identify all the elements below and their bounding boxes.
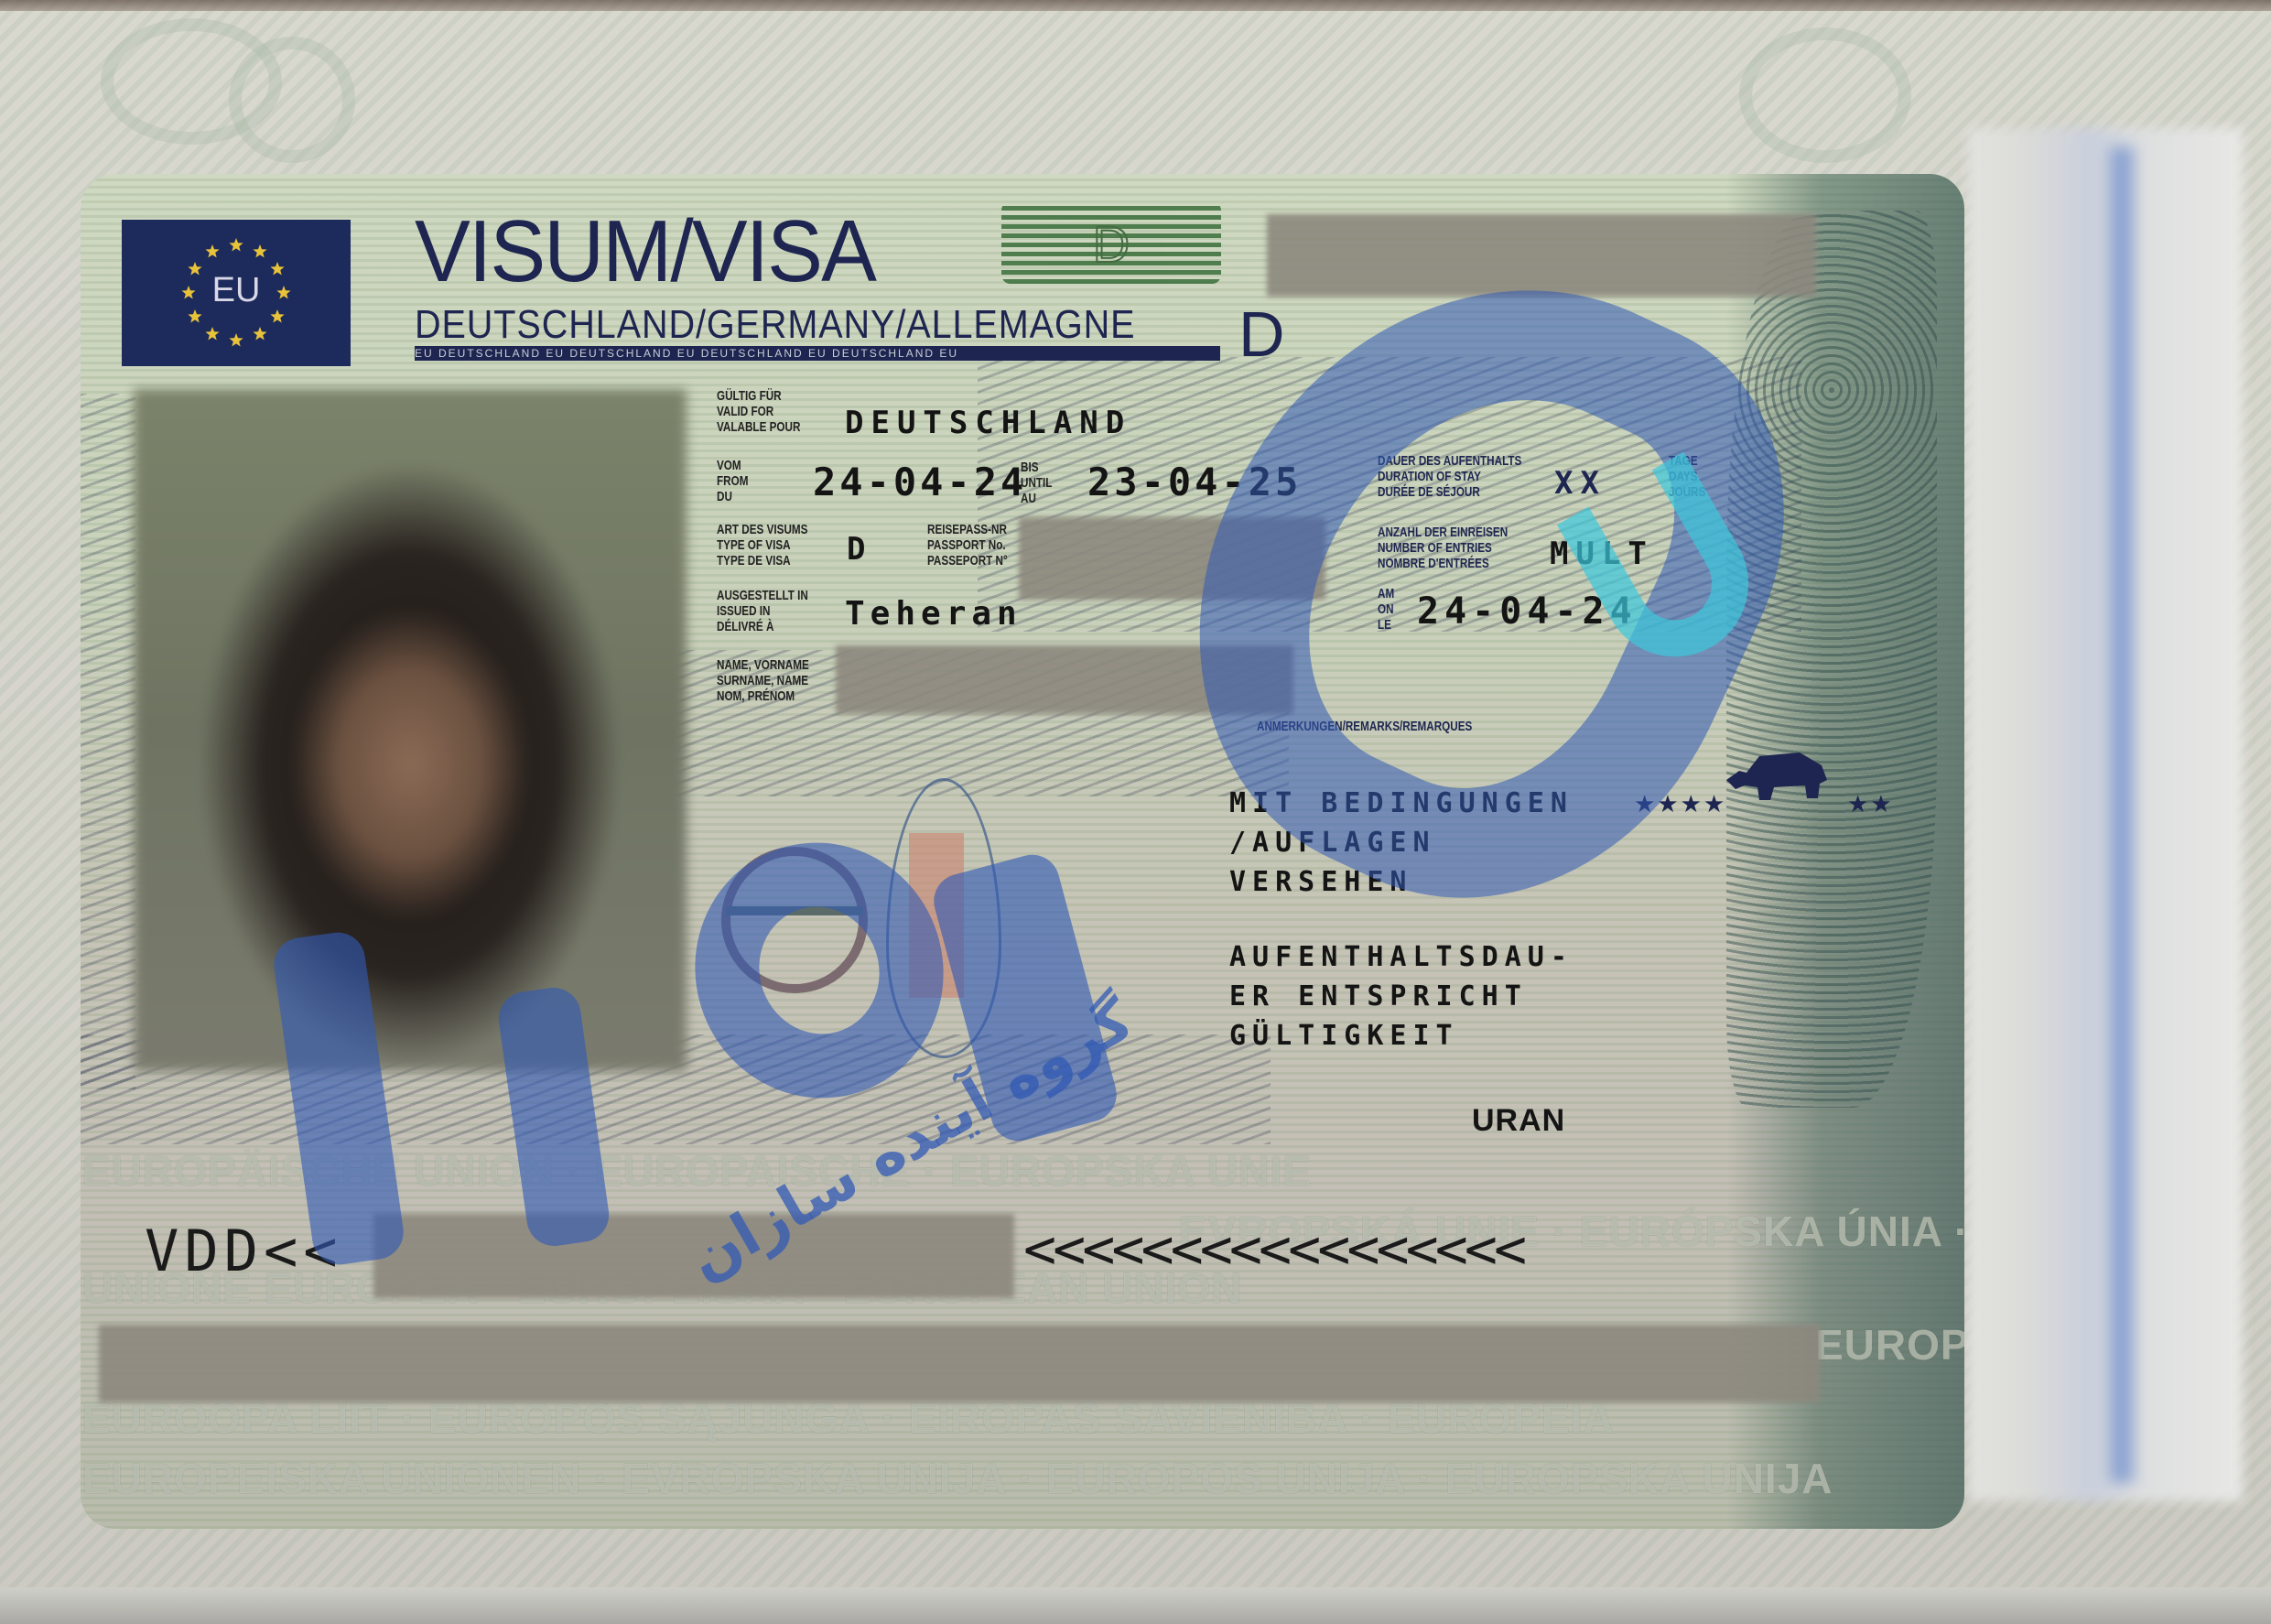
valid-for-label: GÜLTIG FÜR VALID FOR VALABLE POUR — [717, 388, 800, 435]
mrz-line1-filler: <<<<<<<<<<<<<<<<< — [1023, 1218, 1523, 1282]
name-label: NAME, VORNAME SURNAME, NAME NOM, PRÉNOM — [717, 657, 809, 704]
microtext-row: EUROPEA — [1815, 1320, 1964, 1370]
passport-no-label: REISEPASS-NR PASSPORT No. PASSEPORT N° — [927, 522, 1008, 568]
page-bottom-edge — [0, 1587, 2271, 1624]
mrz-line2-redacted — [99, 1325, 1820, 1402]
microtext-row: EUROPEISKA UNIONEN · EVROPSKA UNIJA · EU… — [82, 1454, 1833, 1503]
signature-text: URAN — [1472, 1103, 1565, 1139]
page-ornament — [229, 37, 355, 163]
page-top-edge — [0, 0, 2271, 11]
valid-for-value: DEUTSCHLAND — [845, 405, 1131, 441]
holder-photo-blurred — [134, 389, 687, 1071]
remarks-line: GÜLTIGKEIT — [1229, 1020, 1459, 1052]
opposite-page-redacted-line — [2110, 146, 2134, 1483]
eu-flag-label: EU — [122, 271, 351, 310]
eu-flag: EU — [122, 220, 351, 366]
remarks-line: ER ENTSPRICHT — [1229, 980, 1528, 1012]
guilloche-pattern — [1726, 211, 1937, 1108]
microtext-row: EUROPÄISCHE UNION · EUROPAISCHE · EUROPS… — [82, 1146, 1312, 1196]
issued-in-value: Teheran — [845, 595, 1022, 633]
type-of-visa-value: D — [847, 531, 872, 568]
from-value: 24-04-24 — [813, 460, 1027, 504]
opposite-page-blurred — [1968, 128, 2243, 1501]
ovi-country-mark: D — [1001, 201, 1221, 284]
ovi-d-letter: D — [1001, 214, 1221, 274]
security-stars-right: ★★ — [1847, 791, 1894, 818]
redacted-visa-number — [1267, 214, 1816, 297]
visa-title: VISUM/VISA — [415, 201, 875, 302]
remarks-line: AUFENTHALTSDAU- — [1229, 941, 1573, 973]
issuing-country: DEUTSCHLAND/GERMANY/ALLEMAGNE — [415, 302, 1135, 348]
until-label: BIS UNTIL AU — [1021, 460, 1052, 506]
rhino-icon — [1719, 743, 1838, 807]
type-of-visa-label: ART DES VISUMS TYPE OF VISA TYPE DE VISA — [717, 522, 807, 568]
from-label: VOM FROM DU — [717, 458, 748, 504]
microtext-wave — [81, 394, 135, 1089]
issued-in-label: AUSGESTELLT IN ISSUED IN DÉLIVRÉ À — [717, 588, 808, 634]
page-ornament — [1739, 27, 1911, 163]
